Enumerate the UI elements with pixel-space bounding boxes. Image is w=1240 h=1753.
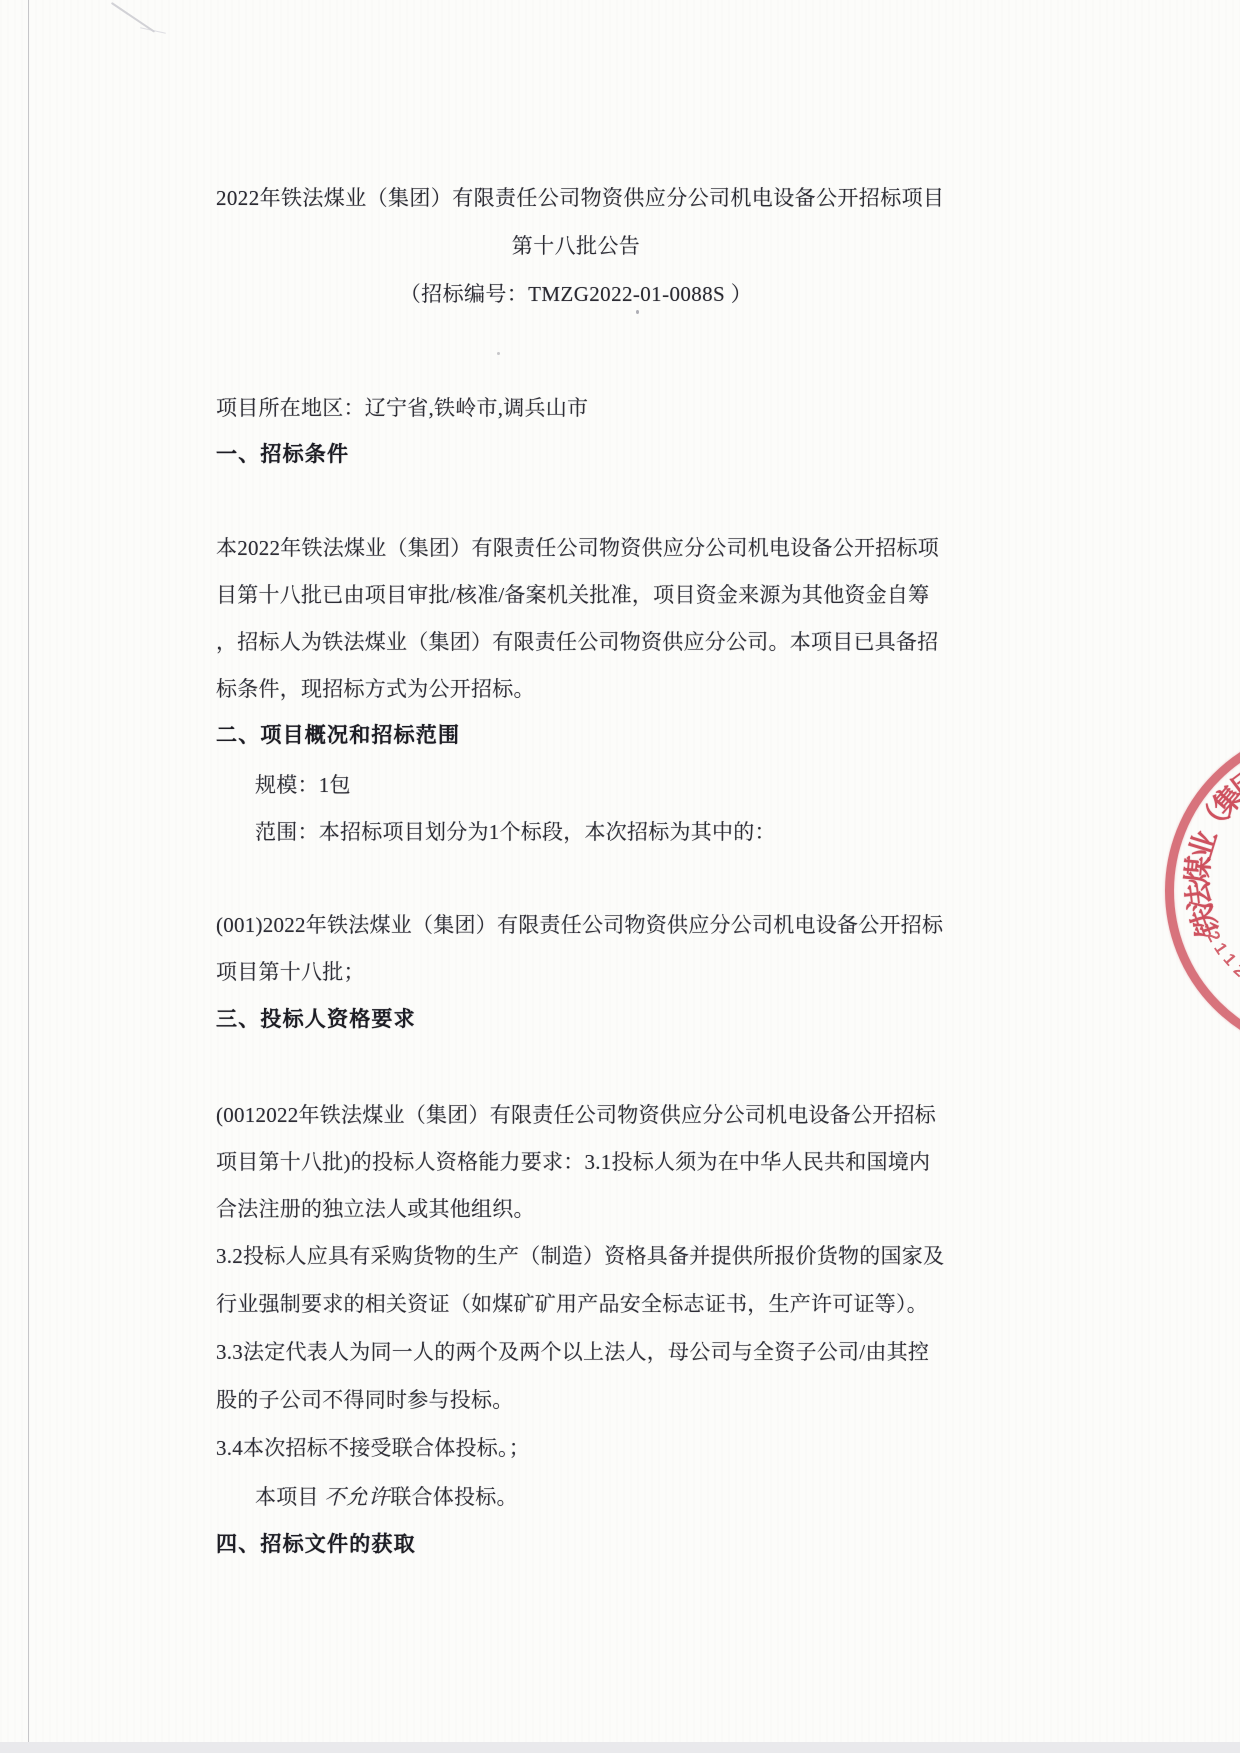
text-line: (001)2022年铁法煤业（集团）有限责任公司物资供应分公司机电设备公开招标	[216, 910, 936, 940]
text-line: 范围：本招标项目划分为1个标段，本次招标为其中的：	[216, 817, 975, 847]
text-line: 3.4本次招标不接受联合体投标。；	[216, 1433, 936, 1463]
seal-serial-digit: 1	[1211, 940, 1230, 957]
text-line: 3.3法定代表人为同一人的两个及两个以上法人，母公司与全资子公司/由其控	[216, 1337, 936, 1367]
text-line: 行业强制要求的相关资证（如煤矿矿用产品安全标志证书，生产许可证等）。	[216, 1289, 936, 1319]
section-heading: 二、项目概况和招标范围	[216, 721, 936, 751]
document-body: 2022年铁法煤业（集团）有限责任公司物资供应分公司机电设备公开招标项目第十八批…	[216, 0, 936, 1753]
text-line: （招标编号：TMZG2022-01-0088S ）	[216, 279, 936, 309]
section-heading: 四、招标文件的获取	[216, 1530, 936, 1560]
text-line: 股的子公司不得同时参与投标。	[216, 1385, 936, 1415]
text-line: 合法注册的独立法人或其他组织。	[216, 1194, 936, 1224]
seal-serial-digit: 2	[1204, 928, 1223, 944]
text-line: 本2022年铁法煤业（集团）有限责任公司物资供应分公司机电设备公开招标项	[216, 533, 936, 563]
text-line: 项目所在地区：辽宁省,铁岭市,调兵山市	[216, 393, 936, 423]
scanned-page: 2022年铁法煤业（集团）有限责任公司物资供应分公司机电设备公开招标项目第十八批…	[0, 0, 1240, 1753]
text-line: 规模：1包	[216, 770, 975, 800]
text-line: 本项目 不允许联合体投标。	[216, 1482, 975, 1512]
text-line: 3.2投标人应具有采购货物的生产（制造）资格具备并提供所报价货物的国家及	[216, 1241, 936, 1271]
scan-artifact-vertical-line	[28, 0, 29, 1742]
seal-ring	[1165, 725, 1240, 1057]
seal-arc-character: 集	[1209, 781, 1240, 822]
seal-serial-digit: 1	[1220, 951, 1239, 969]
text-segment: 本项目	[255, 1485, 324, 1509]
section-heading: 一、招标条件	[216, 440, 936, 470]
text-line: 目第十八批已由项目审批/核准/备案机关批准，项目资金来源为其他资金自筹	[216, 580, 936, 610]
seal-arc-character: 团	[1228, 764, 1240, 805]
text-line: 标条件，现招标方式为公开招标。	[216, 674, 936, 704]
seal-arc-character: 煤	[1184, 855, 1215, 886]
scan-edge-shadow	[0, 1742, 1240, 1753]
emphasized-text: 不允许	[324, 1485, 390, 1509]
text-line: ，招标人为铁法煤业（集团）有限责任公司物资供应分公司。本项目已具备招	[216, 627, 936, 657]
text-segment: 联合体投标。	[390, 1485, 518, 1509]
text-line: 2022年铁法煤业（集团）有限责任公司物资供应分公司机电设备公开招标项目	[216, 183, 936, 213]
text-line: 项目第十八批)的投标人资格能力要求：3.1投标人须为在中华人民共和国境内	[216, 1147, 936, 1177]
seal-arc-character: （	[1195, 803, 1234, 842]
seal-arc-character: 法	[1184, 880, 1216, 912]
text-line: 项目第十八批；	[216, 957, 936, 987]
seal-arc-character: 铁	[1188, 903, 1225, 940]
text-line: (0012022年铁法煤业（集团）有限责任公司物资供应分公司机电设备公开招标	[216, 1100, 936, 1130]
text-line: 第十八批公告	[216, 231, 936, 261]
section-heading: 三、投标人资格要求	[216, 1005, 936, 1035]
seal-serial-digit: 2	[1231, 961, 1240, 980]
seal-arc-character: 业	[1187, 828, 1223, 864]
